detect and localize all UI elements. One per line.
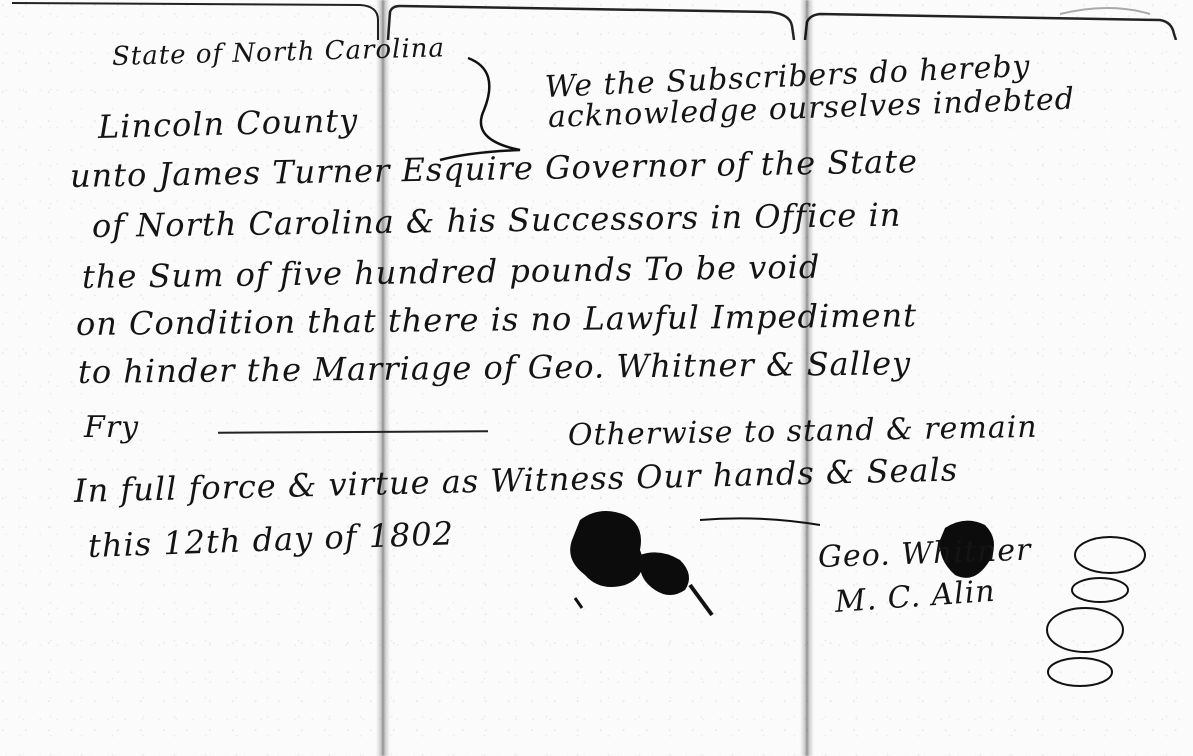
ink-blot-2 bbox=[640, 552, 689, 595]
scanned-document-page: State of North Carolina Lincoln County W… bbox=[0, 0, 1193, 756]
signature-1: Geo. Whitner bbox=[817, 533, 1032, 575]
pen-stroke bbox=[700, 518, 820, 525]
pen-stroke-2 bbox=[690, 585, 712, 615]
seal-scroll-1 bbox=[1072, 537, 1145, 602]
seal-scroll-2 bbox=[1047, 608, 1123, 686]
ink-blots-and-seals bbox=[0, 0, 1193, 756]
ink-blot-1 bbox=[570, 511, 643, 587]
